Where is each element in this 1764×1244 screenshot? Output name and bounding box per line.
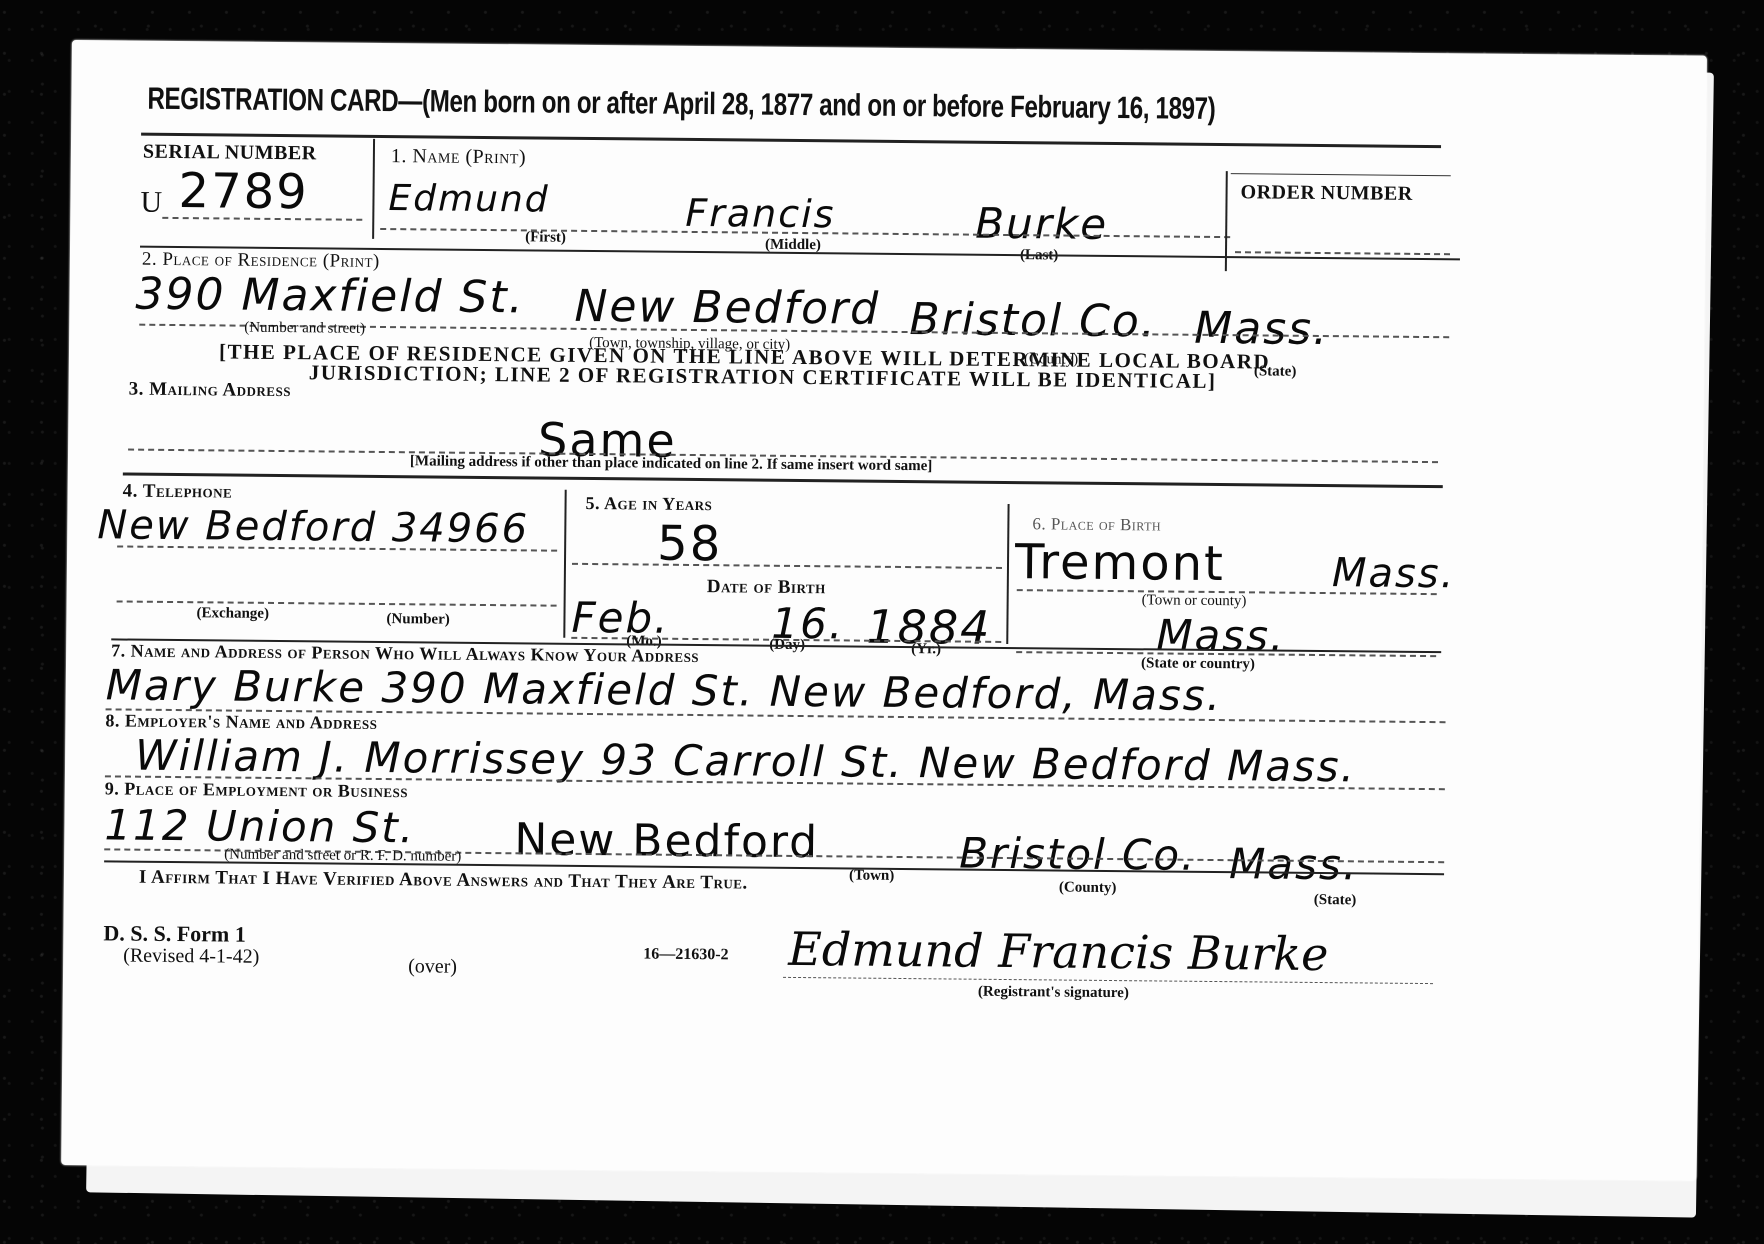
employment-street: 112 Union St. — [104, 800, 415, 852]
title-rule — [141, 133, 1441, 148]
order-top-rule — [1231, 173, 1451, 176]
birth-place-label: 6. Place of Birth — [1032, 514, 1161, 535]
name-middle: Francis — [685, 191, 836, 236]
signature-caption: (Registrant's signature) — [978, 984, 1129, 1002]
number-caption: (Number) — [386, 611, 449, 629]
birth-town-state: Mass. — [1332, 550, 1456, 597]
exchange-caption: (Exchange) — [196, 605, 269, 623]
employment-state-caption: (State) — [1314, 892, 1357, 909]
affirmation-text: I Affirm That I Have Verified Above Answ… — [139, 867, 748, 895]
birth-town: Tremont — [1015, 534, 1225, 592]
residence-county: Bristol Co. — [909, 294, 1157, 347]
serial-underline — [162, 217, 362, 221]
dob-label: Date of Birth — [707, 576, 826, 599]
mailing-label: 3. Mailing Address — [129, 379, 292, 403]
residence-state: Mass. — [1194, 303, 1329, 355]
street-caption: (Number and street) — [244, 320, 365, 338]
employment-place-label: 9. Place of Employment or Business — [105, 778, 408, 802]
serial-number-label: SERIAL NUMBER — [143, 141, 317, 166]
serial-number-value: 2789 — [178, 163, 309, 220]
serial-divider — [372, 139, 375, 239]
residence-street: 390 Maxfield St. — [135, 269, 525, 324]
name-last: Burke — [975, 199, 1108, 249]
employment-town-caption: (Town) — [849, 867, 894, 884]
registration-card: REGISTRATION CARD—(Men born on or after … — [61, 40, 1707, 1181]
mailing-caption: [Mailing address if other than place ind… — [410, 453, 932, 475]
print-code: 16—21630-2 — [643, 946, 728, 965]
age-label: 5. Age in Years — [585, 493, 712, 515]
residence-town: New Bedford — [574, 281, 880, 335]
age-divider — [1006, 504, 1009, 644]
year-caption: (Yr.) — [911, 641, 941, 658]
name-label: 1. Name (Print) — [391, 145, 526, 169]
telephone-value: New Bedford 34966 — [97, 502, 529, 552]
section-rule-2 — [123, 473, 1443, 489]
age-underline — [572, 563, 1002, 569]
form-revision: (Revised 4-1-42) — [123, 945, 259, 969]
telephone-divider — [563, 490, 566, 638]
order-number-label: ORDER NUMBER — [1240, 181, 1412, 206]
telephone-underline-2 — [117, 600, 557, 606]
serial-prefix: U — [140, 186, 162, 220]
employment-town: New Bedford — [514, 814, 819, 868]
registrant-signature: Edmund Francis Burke — [788, 922, 1329, 981]
card-title: REGISTRATION CARD—(Men born on or after … — [147, 81, 1215, 127]
birth-town-caption: (Town or county) — [1142, 592, 1247, 610]
name-first: Edmund — [388, 178, 550, 221]
first-caption: (First) — [525, 229, 566, 246]
order-number-field — [1235, 251, 1450, 255]
employment-county-caption: (County) — [1059, 880, 1117, 898]
telephone-label: 4. Telephone — [123, 481, 233, 504]
employment-state: Mass. — [1229, 839, 1359, 889]
over-note: (over) — [408, 955, 457, 978]
